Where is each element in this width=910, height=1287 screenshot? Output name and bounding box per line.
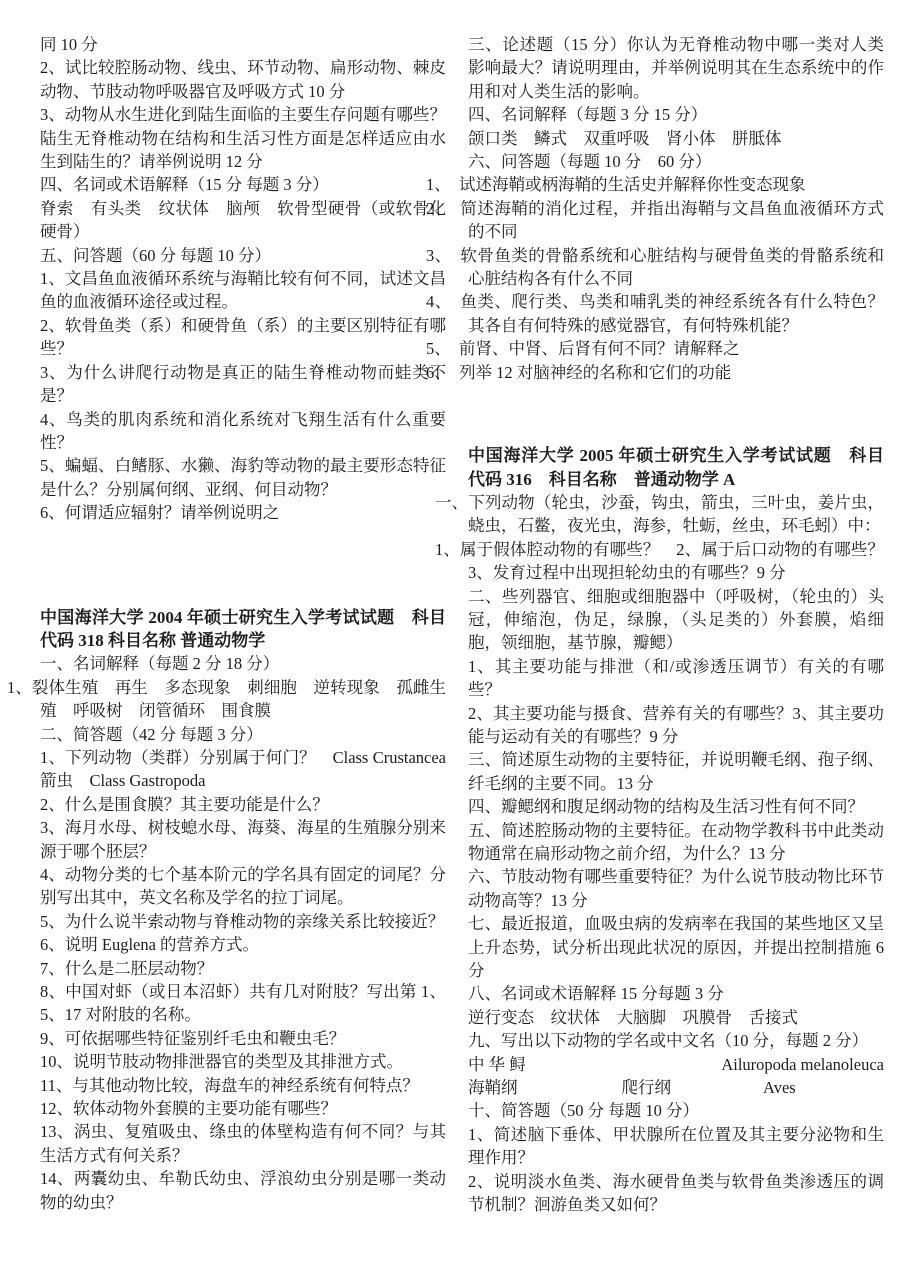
section-gap: [468, 384, 884, 444]
question-item: 3、 软骨鱼类的骨骼系统和心脏结构与硬骨鱼类的骨骼系统和心脏结构各有什么不同: [468, 244, 884, 291]
question-item: 4、 鱼类、爬行类、鸟类和哺乳类的神经系统各有什么特色？其各自有何特殊的感觉器官…: [468, 290, 884, 337]
question-item: 4、鸟类的肌肉系统和消化系统对飞翔生活有什么重要性？: [40, 408, 446, 455]
class-name-c: Aves: [763, 1076, 796, 1099]
class-name-b: 爬行纲: [622, 1076, 672, 1099]
section-gap: [40, 525, 446, 606]
section-heading: 四、名词或术语解释（15 分 每题 3 分）: [40, 173, 446, 196]
exam-title-2004: 中国海洋大学 2004 年硕士研究生入学考试试题 科目代码 318 科目名称 普…: [40, 606, 446, 653]
question-item: 2、试比较腔肠动物、线虫、环节动物、扁形动物、棘皮动物、节肢动物呼吸器官及呼吸方…: [40, 56, 446, 103]
section-heading: 八、名词或术语解释 15 分每题 3 分: [468, 982, 884, 1005]
class-name-row: 海鞘纲 爬行纲 Aves: [468, 1076, 884, 1099]
exam-title-2005: 中国海洋大学 2005 年硕士研究生入学考试试题 科目代码 316 科目名称 普…: [468, 444, 884, 491]
question-item: 14、两囊幼虫、牟勒氏幼虫、浮浪幼虫分别是哪一类动物的幼虫？: [40, 1167, 446, 1214]
question-item: 3、海月水母、树枝螅水母、海葵、海星的生殖腺分别来源于哪个胚层？: [40, 816, 446, 863]
question-item: 12、软体动物外套膜的主要功能有哪些？: [40, 1097, 446, 1120]
question-item: 5、蝙蝠、白鳍豚、水獭、海豹等动物的最主要形态特征是什么？分别属何纲、亚纲、何目…: [40, 454, 446, 501]
question-item: 6、何谓适应辐射？请举例说明之: [40, 501, 446, 524]
question-item: 四、瓣鳃纲和腹足纲动物的结构及生活习性有何不同？: [468, 795, 884, 818]
question-item: 1、属于假体腔动物的有哪些？ 2、属于后口动物的有哪些？ 3、发育过程中出现担轮…: [468, 538, 884, 585]
question-item: 5、 前肾、中肾、后肾有何不同？请解释之: [468, 337, 884, 360]
question-item: 11、与其他动物比较，海盘车的神经系统有何特点？: [40, 1074, 446, 1097]
question-item: 1、简述脑下垂体、甲状腺所在位置及其主要分泌物和生理作用？: [468, 1123, 884, 1170]
question-item: 4、动物分类的七个基本阶元的学名具有固定的词尾？分别写出其中，英文名称及学名的拉…: [40, 863, 446, 910]
left-column: 同 10 分 2、试比较腔肠动物、线虫、环节动物、扁形动物、棘皮动物、节肢动物呼…: [40, 33, 446, 1214]
question-item: 3、动物从水生进化到陆生面临的主要生存问题有哪些？陆生无脊椎动物在结构和生活习性…: [40, 103, 446, 173]
question-item: 2、说明淡水鱼类、海水硬骨鱼类与软骨鱼类渗透压的调节机制？洄游鱼类又如何？: [468, 1170, 884, 1217]
question-item: 七、最近报道，血吸虫病的发病率在我国的某些地区又呈上升态势，试分析出现此状况的原…: [468, 912, 884, 982]
question-item: 13、涡虫、复殖吸虫、绦虫的体壁构造有何不同？与其生活方式有何关系？: [40, 1120, 446, 1167]
section-heading: 十、简答题（50 分 每题 10 分）: [468, 1099, 884, 1122]
question-item: 1、 试述海鞘或柄海鞘的生活史并解释你性变态现象: [468, 173, 884, 196]
question-item: 6、说明 Euglena 的营养方式。: [40, 933, 446, 956]
question-item: 二、些列器官、细胞或细胞器中（呼吸树，（轮虫的）头冠，伸缩泡，伪足，绿腺，（头足…: [468, 585, 884, 655]
question-continuation: 同 10 分: [40, 33, 446, 56]
species-chinese-name: 中 华 鲟: [468, 1053, 526, 1076]
terms-line: 脊索 有头类 纹状体 脑颅 软骨型硬骨（或软骨化硬骨）: [40, 197, 446, 244]
question-item: 三、论述题（15 分）你认为无脊椎动物中哪一类对人类影响最大？请说明理由，并举例…: [468, 33, 884, 103]
terms-line: 颌口类 鳞式 双重呼吸 肾小体 胼胝体: [468, 127, 884, 150]
species-name-row: 中 华 鲟 Ailuropoda melanoleuca: [468, 1053, 884, 1076]
question-item: 10、说明节肢动物排泄器官的类型及其排泄方式。: [40, 1050, 446, 1073]
question-item: 7、什么是二胚层动物？: [40, 957, 446, 980]
question-item: 3、为什么讲爬行动物是真正的陆生脊椎动物而蛙类不是？: [40, 361, 446, 408]
question-item: 五、简述腔肠动物的主要特征。在动物学教科书中此类动物通常在扁形动物之前介绍，为什…: [468, 819, 884, 866]
question-item: 2、什么是围食膜？其主要功能是什么？: [40, 793, 446, 816]
question-item: 9、可依据哪些特征鉴别纤毛虫和鞭虫毛？: [40, 1027, 446, 1050]
section-heading: 九、写出以下动物的学名或中文名（10 分，每题 2 分）: [468, 1029, 884, 1052]
question-item: 5、为什么说半索动物与脊椎动物的亲缘关系比较接近？: [40, 910, 446, 933]
document-page: 同 10 分 2、试比较腔肠动物、线虫、环节动物、扁形动物、棘皮动物、节肢动物呼…: [0, 0, 910, 1287]
right-column: 三、论述题（15 分）你认为无脊椎动物中哪一类对人类影响最大？请说明理由，并举例…: [468, 33, 884, 1217]
question-item: 六、节肢动物有哪些重要特征？为什么说节肢动物比环节动物高等？13 分: [468, 865, 884, 912]
question-item: 6、 列举 12 对脑神经的名称和它们的功能: [468, 361, 884, 384]
question-item: 2、软骨鱼类（系）和硬骨鱼（系）的主要区别特征有哪些？: [40, 314, 446, 361]
question-item: 8、中国对虾（或日本沼虾）共有几对附肢？写出第 1、5、17 对附肢的名称。: [40, 980, 446, 1027]
terms-line: 逆行变态 纹状体 大脑脚 巩膜骨 舌接式: [468, 1006, 884, 1029]
section-heading: 二、简答题（42 分 每题 3 分）: [40, 723, 446, 746]
section-heading: 一、名词解释（每题 2 分 18 分）: [40, 652, 446, 675]
section-heading: 六、问答题（每题 10 分 60 分）: [468, 150, 884, 173]
question-item: 一、下列动物（轮虫，沙蚕，钩虫，箭虫，三叶虫，姜片虫，蛲虫，石鳖，夜光虫，海参，…: [468, 491, 884, 538]
question-item: 2、其主要功能与摄食、营养有关的有哪些？3、其主要功能与运动有关的有哪些？9 分: [468, 702, 884, 749]
question-item: 三、简述原生动物的主要特征，并说明鞭毛纲、孢子纲、纤毛纲的主要不同。13 分: [468, 748, 884, 795]
species-latin-name: Ailuropoda melanoleuca: [721, 1053, 884, 1076]
terms-line: 1、裂体生殖 再生 多态现象 刺细胞 逆转现象 孤雌生殖 呼吸树 闭管循环 围食…: [40, 676, 446, 723]
question-item: 1、文昌鱼血液循环系统与海鞘比较有何不同，试述文昌鱼的血液循环途径或过程。: [40, 267, 446, 314]
question-item: 1、下列动物（类群）分别属于何门？ Class Crustancea 箭虫 Cl…: [40, 746, 446, 793]
section-heading: 五、问答题（60 分 每题 10 分）: [40, 244, 446, 267]
question-item: 1、其主要功能与排泄（和/或渗透压调节）有关的有哪些？: [468, 655, 884, 702]
class-name-a: 海鞘纲: [468, 1076, 518, 1099]
section-heading: 四、名词解释（每题 3 分 15 分）: [468, 103, 884, 126]
question-item: 2、 简述海鞘的消化过程，并指出海鞘与文昌鱼血液循环方式的不同: [468, 197, 884, 244]
